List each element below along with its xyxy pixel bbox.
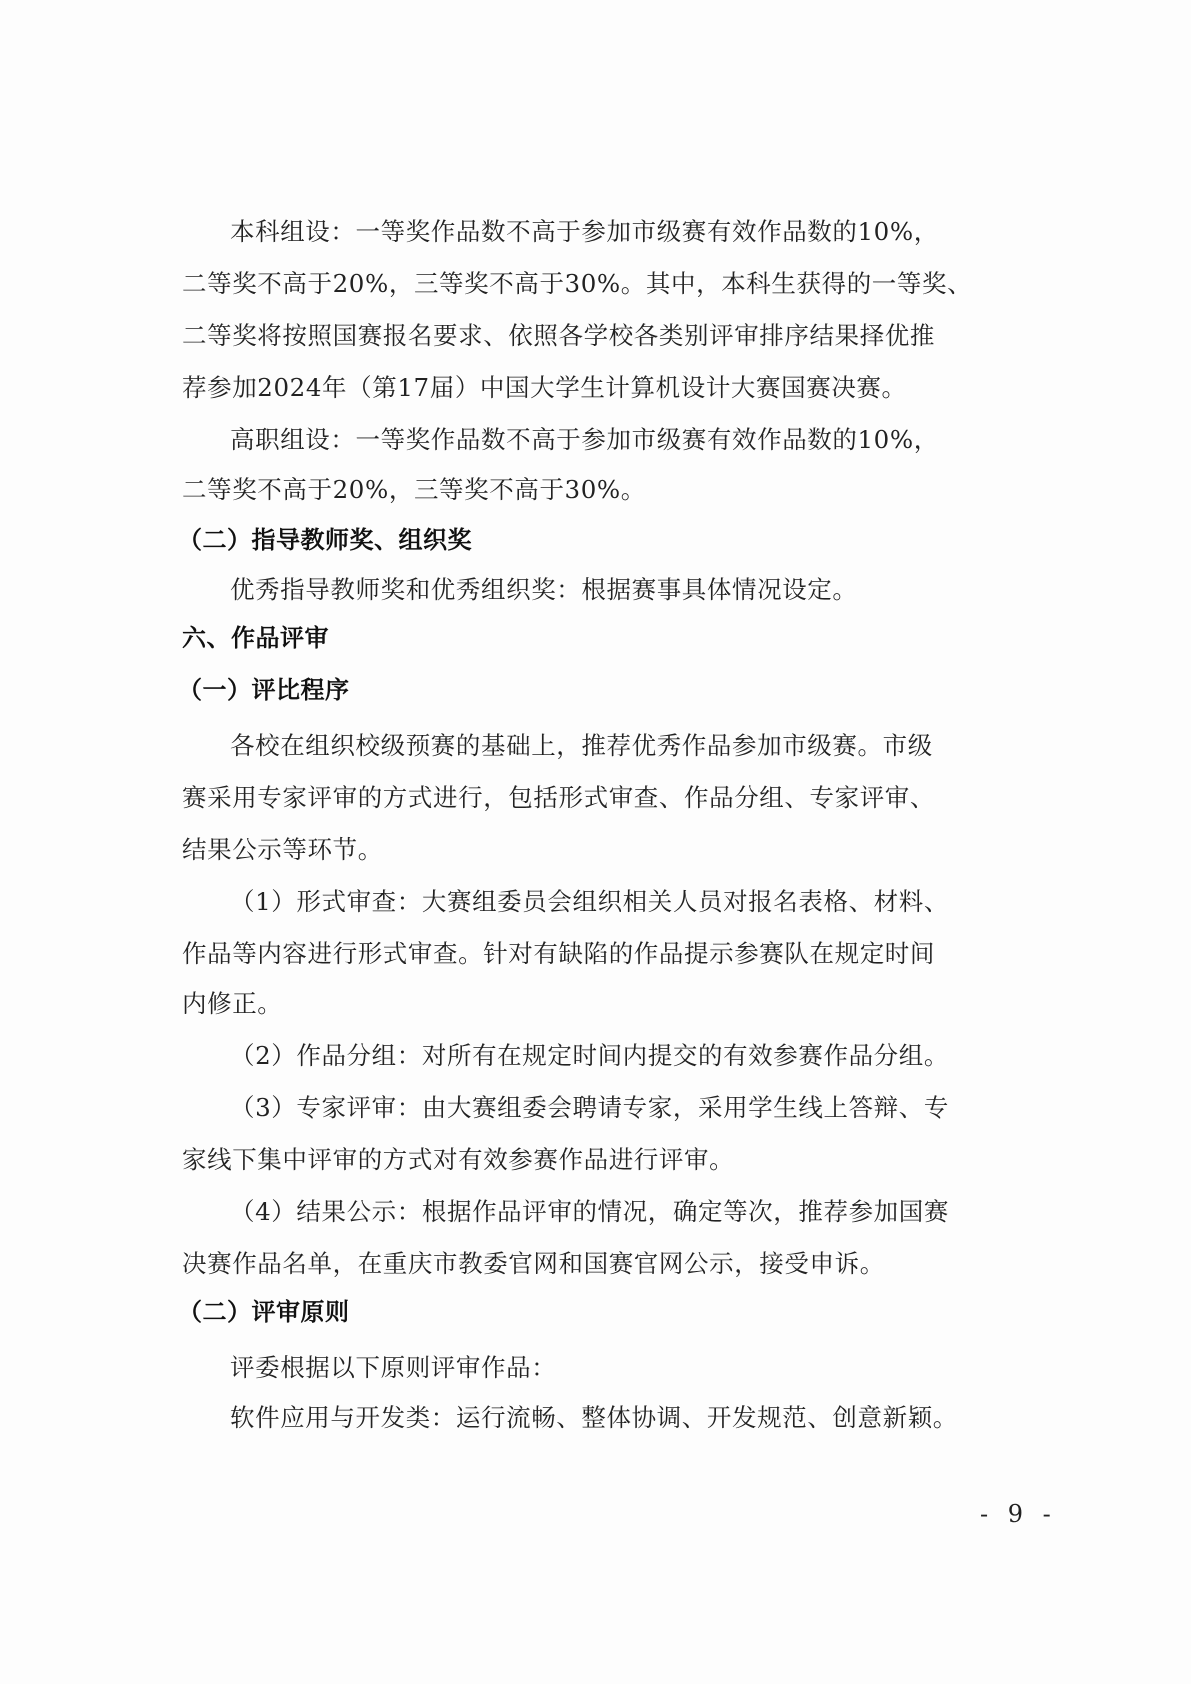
document-page: 本科组设：一等奖作品数不高于参加市级赛有效作品数的10%， 二等奖不高于20%，… [0, 0, 1191, 1684]
section-subheading: （二）指导教师奖、组织奖 [178, 524, 472, 556]
paragraph-line: 评委根据以下原则评审作品： [230, 1352, 556, 1384]
page-number: - 9 - [980, 1500, 1057, 1528]
paragraph-line: 优秀指导教师奖和优秀组织奖：根据赛事具体情况设定。 [230, 574, 858, 606]
section-subheading: （一）评比程序 [178, 674, 350, 706]
paragraph-line: 二等奖将按照国赛报名要求、依照各学校各类别评审排序结果择优推 [182, 320, 935, 352]
paragraph-line: 作品等内容进行形式审查。针对有缺陷的作品提示参赛队在规定时间 [182, 938, 935, 970]
paragraph-line: （4）结果公示：根据作品评审的情况，确定等次，推荐参加国赛 [230, 1196, 949, 1228]
paragraph-line: 高职组设：一等奖作品数不高于参加市级赛有效作品数的10%， [230, 424, 939, 456]
paragraph-line: 内修正。 [182, 988, 282, 1020]
section-heading: 六、作品评审 [182, 622, 329, 654]
paragraph-line: 二等奖不高于20%，三等奖不高于30%。 [182, 474, 646, 506]
paragraph-line: 软件应用与开发类：运行流畅、整体协调、开发规范、创意新颖。 [230, 1402, 958, 1434]
paragraph-line: 本科组设：一等奖作品数不高于参加市级赛有效作品数的10%， [230, 216, 939, 248]
paragraph-line: 荐参加2024年（第17届）中国大学生计算机设计大赛国赛决赛。 [182, 372, 907, 404]
section-subheading: （二）评审原则 [178, 1296, 350, 1328]
paragraph-line: 家线下集中评审的方式对有效参赛作品进行评审。 [182, 1144, 734, 1176]
paragraph-line: （2）作品分组：对所有在规定时间内提交的有效参赛作品分组。 [230, 1040, 949, 1072]
paragraph-line: 各校在组织校级预赛的基础上，推荐优秀作品参加市级赛。市级 [230, 730, 933, 762]
paragraph-line: （3）专家评审：由大赛组委会聘请专家，采用学生线上答辩、专 [230, 1092, 949, 1124]
paragraph-line: 赛采用专家评审的方式进行，包括形式审查、作品分组、专家评审、 [182, 782, 935, 814]
paragraph-line: 二等奖不高于20%，三等奖不高于30%。其中，本科生获得的一等奖、 [182, 268, 972, 300]
paragraph-line: 结果公示等环节。 [182, 834, 383, 866]
paragraph-line: （1）形式审查：大赛组委员会组织相关人员对报名表格、材料、 [230, 886, 949, 918]
paragraph-line: 决赛作品名单，在重庆市教委官网和国赛官网公示，接受申诉。 [182, 1248, 885, 1280]
